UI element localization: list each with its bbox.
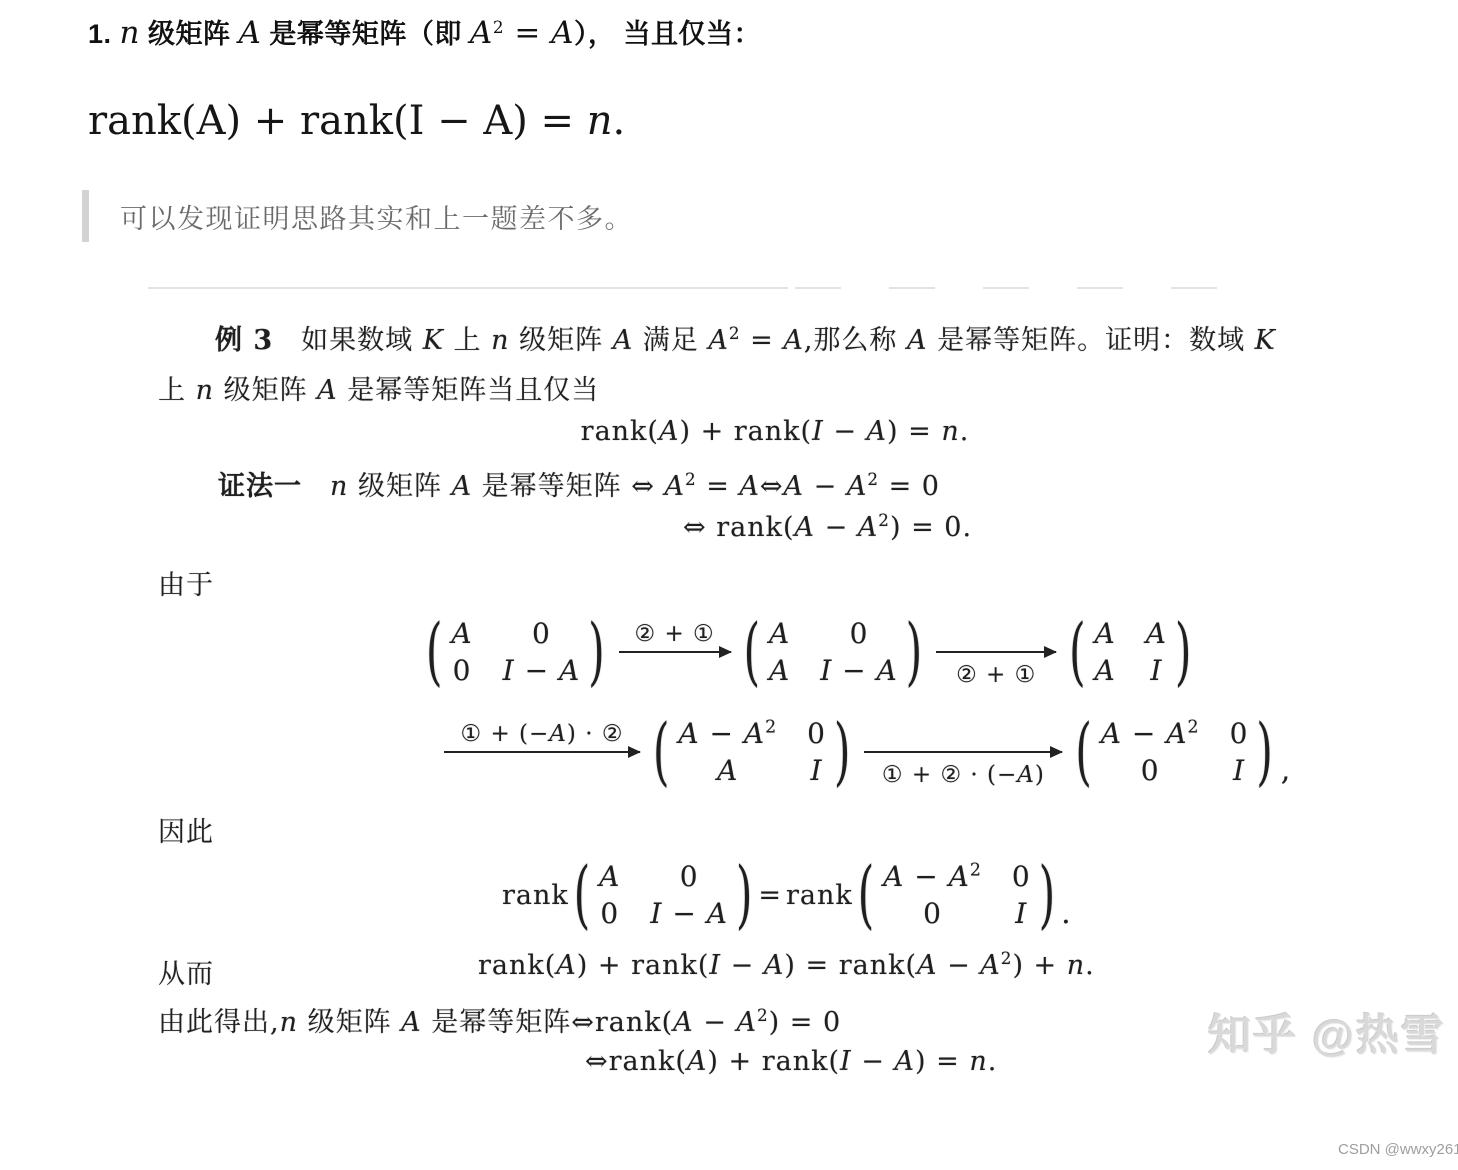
col-op-label-1: ② + ① <box>956 661 1036 688</box>
matrix-cell: 0 <box>532 617 551 650</box>
matrix-transform-row-1: ( A00I − A ) ② + ① ( A0AI − A ) ② + ① ( … <box>425 602 1193 702</box>
trailing-comma: , <box>1281 753 1292 802</box>
matrix-cell: 0 <box>807 717 826 750</box>
matrix-cell: A <box>769 617 790 650</box>
matrix-cell: 0 <box>680 860 699 893</box>
matrix-m4: ( A − A20AI ) <box>652 717 852 787</box>
matrix-cell: A − A2 <box>678 717 777 750</box>
conclusion-line1: 由此得出,n 级矩阵 A 是幂等矩阵⇔rank(A − A2) = 0 <box>158 1000 841 1039</box>
matrix-cell: 0 <box>850 617 869 650</box>
right-paren: ) <box>833 715 852 789</box>
right-paren: ) <box>735 858 754 932</box>
matrix-cell: 0 <box>453 654 472 687</box>
matrix-m1: ( A00I − A ) <box>425 617 607 687</box>
matrix-cell: A − A2 <box>883 860 982 893</box>
left-paren: ( <box>1068 615 1087 689</box>
matrix-cell: I − A <box>650 897 728 930</box>
matrix-transform-row-2: ① + (−A) · ② ( A − A20AI ) ① + ② · (−A) … <box>438 702 1291 802</box>
label-thus: 从而 <box>158 952 214 991</box>
matrix-cells: AAAI <box>1088 617 1174 687</box>
textbook-scan: 例 3 如果数域 K 上 n 级矩阵 A 满足 A2 = A,那么称 A 是幂等… <box>0 0 1458 1170</box>
matrix-cells: A − A200I <box>1094 717 1256 787</box>
matrix-cell: A <box>1095 617 1116 650</box>
matrix-cells: A − A200I <box>876 860 1038 930</box>
matrix-cells: A0AI − A <box>762 617 905 687</box>
row-op-arrow-2: ① + (−A) · ② <box>444 751 640 753</box>
proof-method-1-line2: ⇔ rank(A − A2) = 0. <box>683 512 972 543</box>
col-op-label-2: ① + ② · (−A) <box>882 761 1045 788</box>
matrix-cell: 0 <box>923 897 942 930</box>
equals-sign: = <box>758 880 782 911</box>
matrix-cell: I − A <box>820 654 898 687</box>
thus-formula: rank(A) + rank(I − A) = rank(A − A2) + n… <box>478 950 1095 981</box>
scan-artifact-line <box>148 287 788 289</box>
rank-word: rank <box>502 880 569 911</box>
right-paren: ) <box>1174 615 1193 689</box>
matrix-cells: A − A20AI <box>671 717 833 787</box>
example-3-line2: 上 n 级矩阵 A 是幂等矩阵当且仅当 <box>158 368 599 407</box>
zhihu-watermark: 知乎 @热雪 <box>1208 1002 1446 1063</box>
label-therefore-text: 因此 <box>158 817 214 848</box>
col-op-arrow-1: ② + ① <box>936 651 1056 653</box>
iff-rank-formula: rank(A) + rank(I − A) = n. <box>400 416 1150 447</box>
matrix-m5: ( A − A200I ) <box>1074 717 1274 787</box>
label-thus-text: 从而 <box>158 959 214 990</box>
matrix-m2: ( A0AI − A ) <box>743 617 925 687</box>
proof-method-1-line1: 证法一 n 级矩阵 A 是幂等矩阵 ⇔ A2 = A⇔A − A2 = 0 <box>218 464 940 503</box>
left-paren: ( <box>857 858 876 932</box>
matrix-cell: I <box>811 754 823 787</box>
matrix-cell: I <box>1233 754 1245 787</box>
matrix-cells: A00I − A <box>444 617 587 687</box>
left-paren: ( <box>652 715 671 789</box>
matrix-m7: ( A − A200I ) <box>857 860 1057 930</box>
right-paren: ) <box>587 615 606 689</box>
label-since-text: 由于 <box>158 570 214 601</box>
matrix-cells: A00I − A <box>592 860 735 930</box>
right-paren: ) <box>1038 858 1057 932</box>
example-3-line1: 例 3 如果数域 K 上 n 级矩阵 A 满足 A2 = A,那么称 A 是幂等… <box>215 318 1276 357</box>
matrix-cell: 0 <box>1230 717 1249 750</box>
col-op-arrow-2: ① + ② · (−A) <box>864 751 1062 753</box>
matrix-cell: A <box>1095 654 1116 687</box>
matrix-cell: I − A <box>503 654 581 687</box>
rank-word: rank <box>786 880 853 911</box>
conclusion-line2: ⇔rank(A) + rank(I − A) = n. <box>585 1046 997 1077</box>
left-paren: ( <box>743 615 762 689</box>
left-paren: ( <box>425 615 444 689</box>
row-op-arrow-1: ② + ① <box>619 651 731 653</box>
scan-artifact-dashes <box>795 287 1225 289</box>
left-paren: ( <box>573 858 592 932</box>
matrix-cell: 0 <box>600 897 619 930</box>
matrix-m6: ( A00I − A ) <box>573 860 755 930</box>
matrix-cell: I <box>1015 897 1027 930</box>
matrix-cell: A <box>717 754 738 787</box>
csdn-watermark: CSDN @wwxy261 <box>1338 1141 1458 1158</box>
matrix-cell: A <box>1146 617 1167 650</box>
matrix-cell: A <box>451 617 472 650</box>
left-paren: ( <box>1074 715 1093 789</box>
trailing-period: . <box>1061 896 1072 945</box>
matrix-cell: 0 <box>1141 754 1160 787</box>
row-op-label-2: ① + (−A) · ② <box>461 720 624 747</box>
label-since: 由于 <box>158 563 214 602</box>
matrix-cell: 0 <box>1012 860 1031 893</box>
matrix-m3: ( AAAI ) <box>1068 617 1193 687</box>
label-therefore: 因此 <box>158 810 214 849</box>
matrix-cell: A <box>599 860 620 893</box>
right-paren: ) <box>1255 715 1274 789</box>
right-paren: ) <box>905 615 924 689</box>
row-op-label-1: ② + ① <box>635 620 715 647</box>
matrix-cell: A − A2 <box>1101 717 1200 750</box>
rank-equality-equation: rank ( A00I − A ) = rank ( A − A200I ) . <box>502 845 1072 945</box>
matrix-cell: I <box>1150 654 1162 687</box>
matrix-cell: A <box>769 654 790 687</box>
